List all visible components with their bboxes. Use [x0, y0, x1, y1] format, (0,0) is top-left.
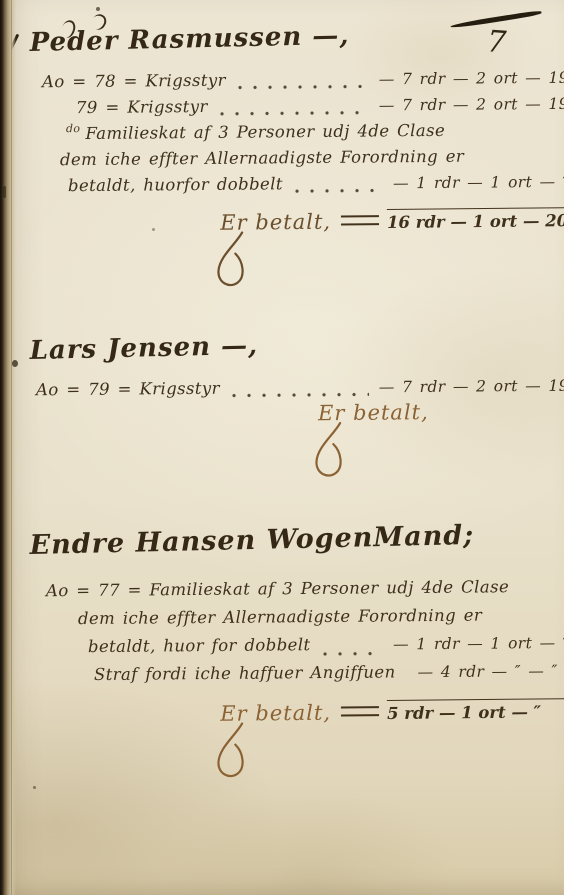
total-label: Er betalt,	[318, 400, 429, 425]
line-amount	[486, 160, 564, 161]
line-amount	[504, 619, 564, 620]
ledger-entry: Endre Hansen WogenMand; Ao = 77 = Famili…	[30, 530, 564, 725]
ledger-entry: Lars Jensen —, Ao = 79 = Krigsstyr — 7 r…	[30, 336, 564, 424]
line-amount	[531, 591, 564, 592]
pen-loop-flourish	[214, 230, 255, 290]
entry-lines: Ao = 78 = Krigsstyr — 7 rdr — 2 ort — 19…	[30, 70, 564, 200]
ledger-line: betaldt, huorfor dobbelt — 1 rdr — 1 ort…	[68, 172, 564, 202]
entry-heading: Lars Jensen —,	[29, 324, 564, 366]
dotted-leader	[238, 84, 369, 89]
total-label: Er betalt,	[220, 210, 331, 235]
dotted-leader	[220, 111, 369, 116]
ink-speck	[3, 186, 6, 198]
entry-total-row: Er betalt, 16 rdr — 1 ort — 20	[30, 207, 564, 237]
ink-speck	[12, 360, 18, 367]
ink-speck	[33, 786, 36, 789]
book-binding-edge	[0, 0, 16, 895]
entry-total-row: Er betalt,	[318, 399, 564, 426]
total-amount: 16 rdr — 1 ort — 20	[387, 207, 564, 232]
ditto-mark: do	[66, 122, 81, 135]
ledger-entry: Peder Rasmussen —, Ao = 78 = Krigsstyr —…	[30, 28, 564, 234]
line-label: betaldt, huorfor dobbelt	[68, 174, 283, 195]
ledger-line: betaldt, huor for dobbelt — 1 rdr — 1 or…	[88, 633, 564, 665]
ledger-line: Straf fordi iche haffuer Angiffuen — 4 r…	[94, 661, 564, 693]
pen-loop-flourish	[312, 421, 353, 481]
ink-speck	[96, 7, 100, 11]
entry-total-row: Er betalt, 5 rdr — 1 ort — ″	[30, 698, 564, 728]
line-amount: — 7 rdr — 2 ort — 19	[379, 95, 564, 115]
double-dash-mark	[341, 706, 379, 716]
line-amount: — 1 rdr — 1 ort — ″	[393, 173, 564, 193]
dotted-leader	[232, 392, 369, 397]
line-amount: — 1 rdr — 1 ort — ″	[393, 634, 564, 654]
line-amount: — 7 rdr — 2 ort — 19	[379, 377, 564, 397]
ledger-line: Ao = 77 = Familieskat af 3 Personer udj …	[46, 577, 564, 610]
total-label: Er betalt,	[220, 701, 331, 726]
total-amount: 5 rdr — 1 ort — ″	[387, 698, 564, 723]
line-label: Ao = 78 = Krigsstyr	[42, 71, 226, 92]
line-label: dem iche effter Allernaadigste Forordnin…	[78, 606, 482, 629]
ink-speck	[152, 228, 155, 231]
line-label: Familieskat af 3 Personer udj 4de Clase	[85, 121, 445, 143]
dotted-leader	[323, 652, 384, 657]
line-label: Straf fordi iche haffuer Angiffuen	[94, 662, 396, 684]
entry-lines: Ao = 77 = Familieskat af 3 Personer udj …	[30, 579, 564, 691]
line-amount: — 7 rdr — 2 ort — 19	[379, 69, 564, 89]
line-label: dem iche effter Allernaadigste Forordnin…	[60, 147, 464, 170]
line-label: Ao = 77 = Familieskat af 3 Personer udj …	[46, 577, 509, 600]
manuscript-page: 7 Peder Rasmussen —, Ao = 78 = Krigsstyr…	[0, 0, 564, 895]
double-dash-mark	[341, 215, 379, 225]
line-label: 79 = Krigsstyr	[76, 97, 208, 117]
pen-loop-flourish	[214, 721, 255, 781]
dotted-leader	[295, 188, 383, 193]
line-amount: — 4 rdr — ″ — ″	[417, 662, 564, 681]
entry-heading: Endre Hansen WogenMand;	[29, 518, 564, 561]
ledger-line: dem iche effter Allernaadigste Forordnin…	[78, 605, 564, 637]
line-label: betaldt, huor for dobbelt	[88, 635, 311, 656]
line-label: Ao = 79 = Krigsstyr	[36, 379, 220, 400]
line-amount	[467, 134, 564, 135]
page-number: 7	[486, 24, 507, 60]
